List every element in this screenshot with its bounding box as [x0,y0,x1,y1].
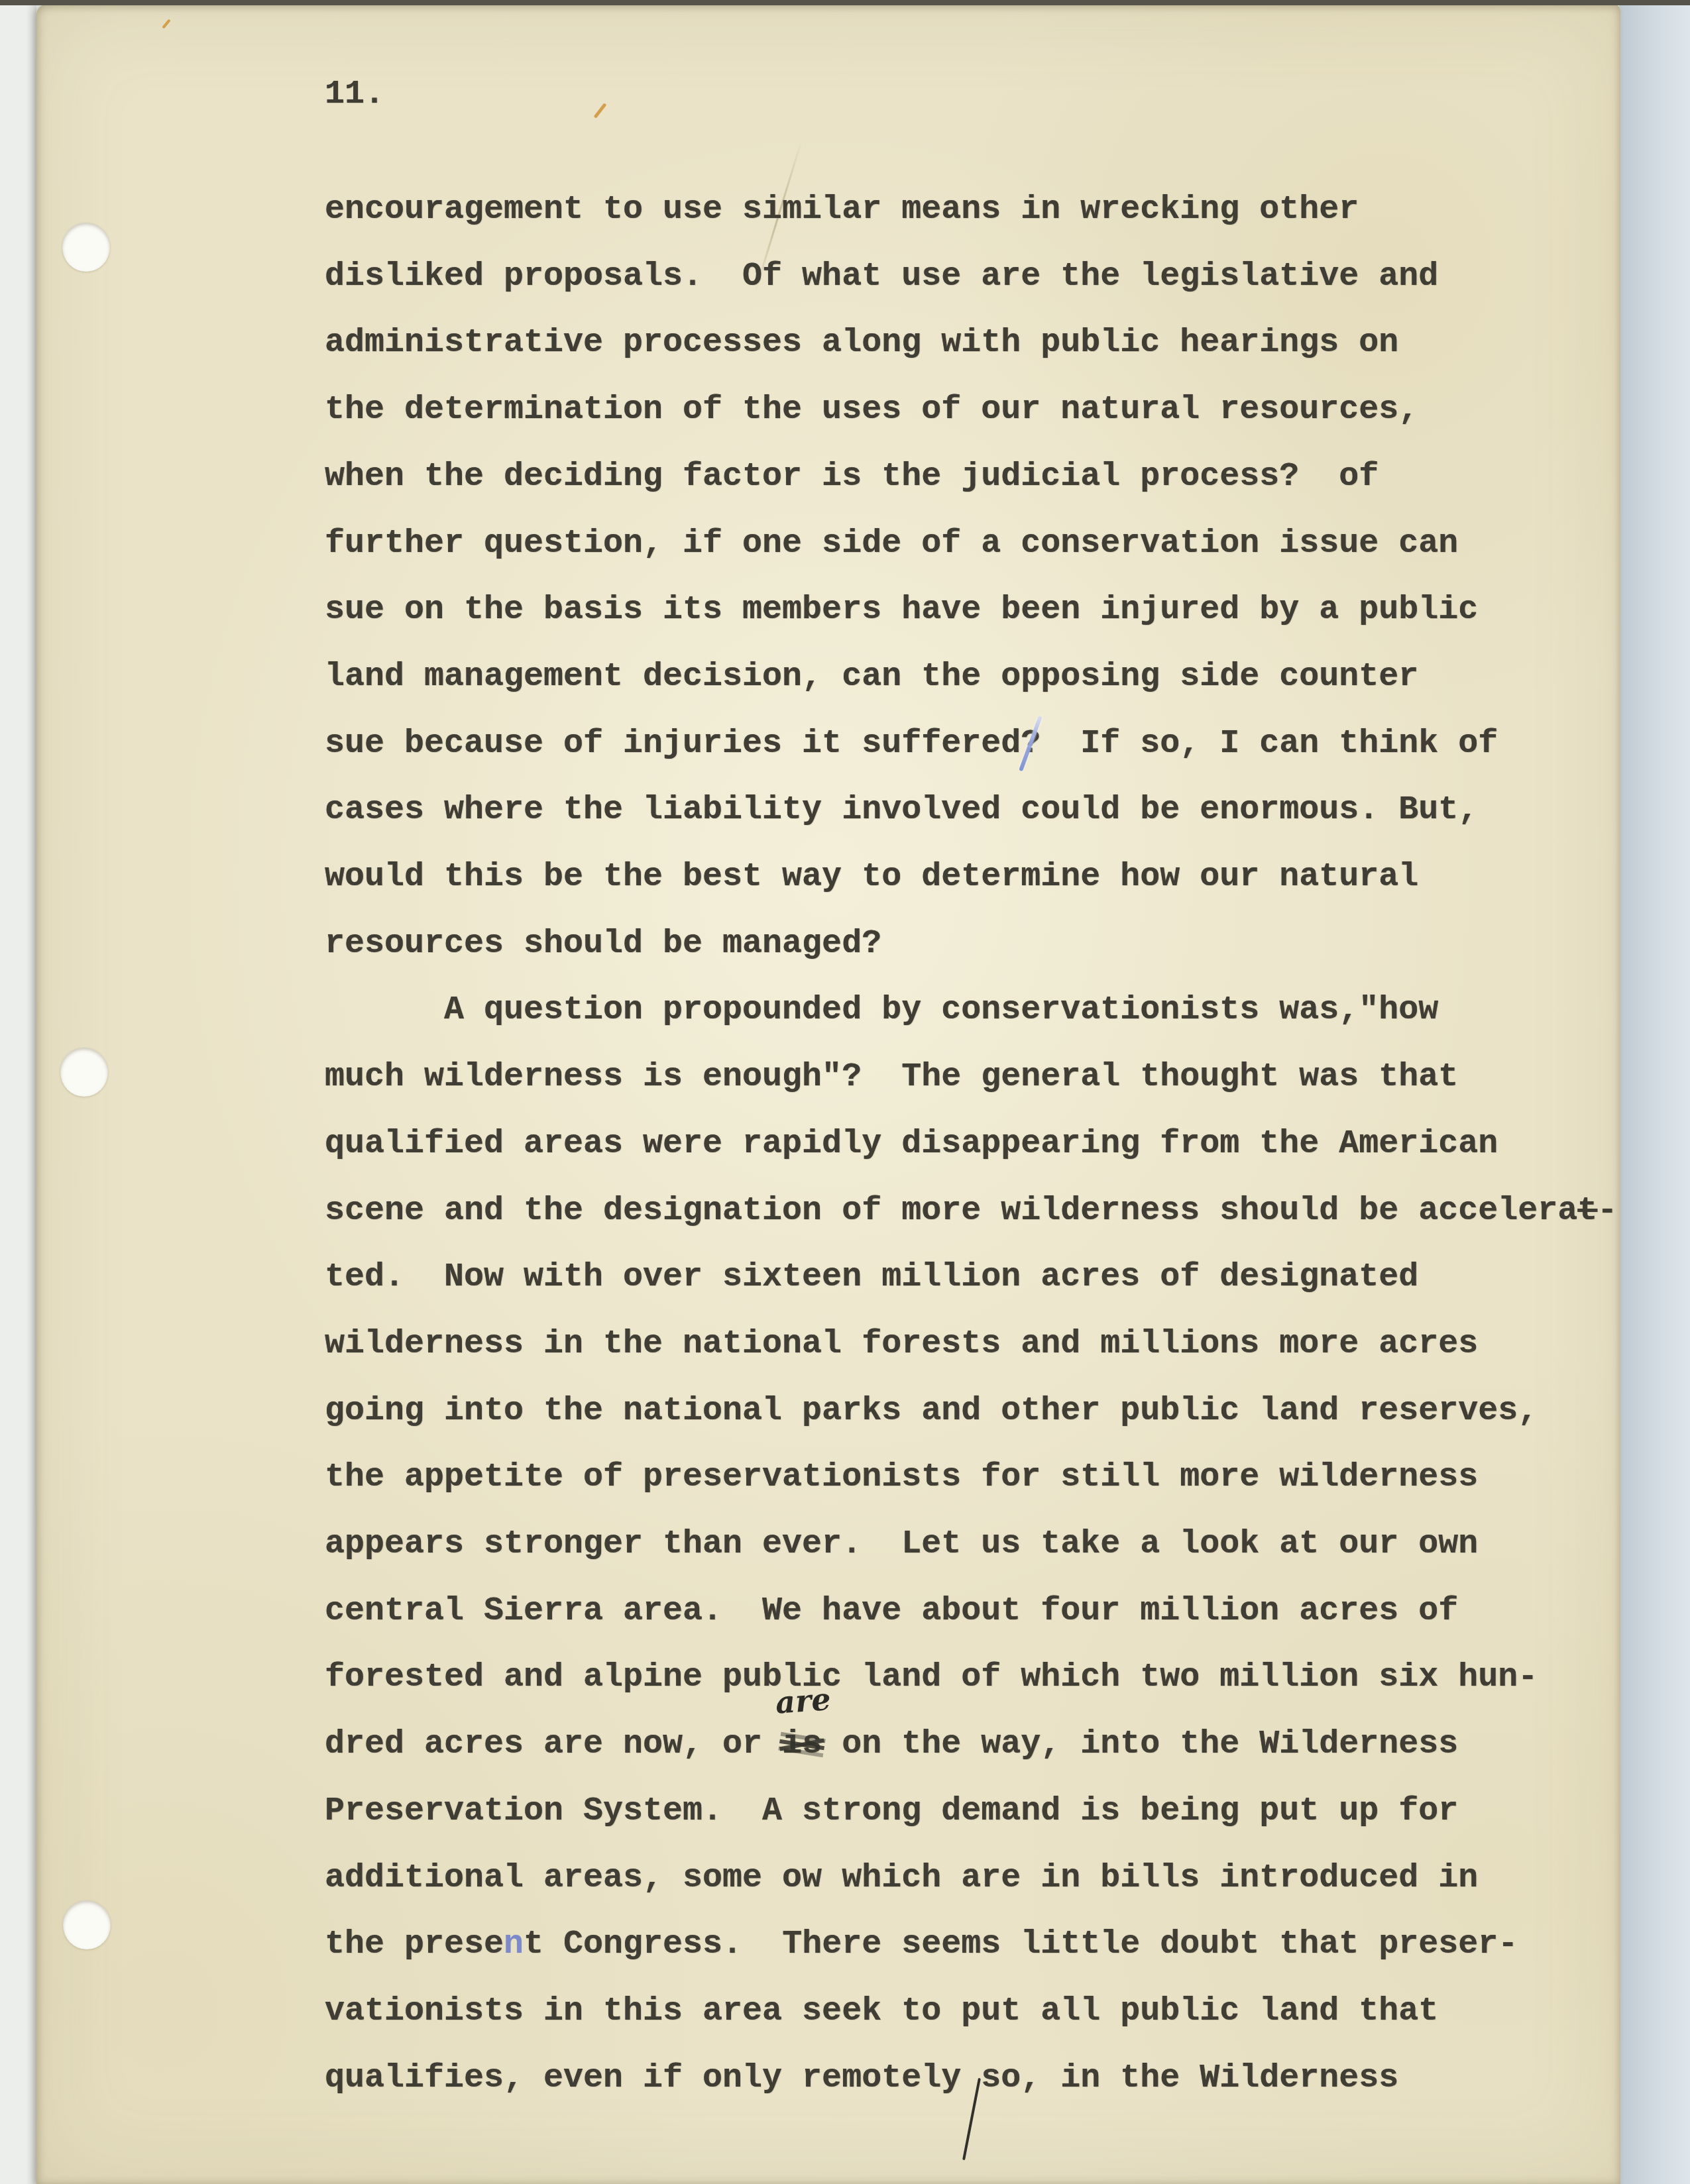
typed-segment: sue on the basis its members have been i… [325,591,1478,629]
typed-segment: further question, if one side of a conse… [325,525,1458,563]
typed-line: wilderness in the national forests and m… [325,1325,1478,1368]
handwritten-annotation: are [774,1681,832,1721]
typed-line: qualifies, even if only remotelyso, in t… [325,2059,1398,2102]
typed-segment-blue-slash: ? [1021,725,1041,763]
scanner-edge-top [0,0,1690,5]
typed-segment: qualified areas were rapidly disappearin… [325,1125,1498,1163]
typed-line: further question, if one side of a conse… [325,525,1458,567]
typed-line: going into the national parks and other … [325,1392,1538,1435]
typed-line: the appetite of preservationists for sti… [325,1458,1478,1501]
typed-line: A question propounded by conservationist… [325,991,1438,1034]
typed-segment: cases where the liability involved could… [325,791,1478,829]
typed-line: appears stronger than ever. Let us take … [325,1525,1478,1568]
typed-line: Preservation System. A strong demand is … [325,1792,1458,1835]
typed-line: additional areas, some ow which are in b… [325,1859,1478,1902]
typed-segment-blue-ink: n [504,1926,524,1963]
typed-segment-strike: t [1577,1192,1597,1230]
typed-segment: dred acres are now, or [325,1725,782,1763]
typed-segment-xed: isare [782,1725,822,1763]
typed-segment: forested and alpine public land of which… [325,1659,1538,1696]
typed-line: sue on the basis its members have been i… [325,591,1478,633]
typed-line: scene and the designation of more wilder… [325,1192,1617,1234]
punch-hole-bottom [63,1900,111,1949]
typed-line: land management decision, can the opposi… [325,658,1418,700]
typed-line: sue because of injuries it suffered? If … [325,725,1498,767]
typed-line: ted. Now with over sixteen million acres… [325,1258,1418,1301]
scanner-background-left [0,0,36,2184]
typed-segment: additional areas, some ow which are in b… [325,1859,1478,1897]
paper-speck [162,19,170,29]
typed-segment: sue because of injuries it suffered [325,725,1021,763]
typed-segment: the prese [325,1926,504,1963]
typed-segment: qualifies, even if only remotely [325,2059,961,2097]
scanner-background-right [1619,0,1690,2184]
typed-segment: scene and the designation of more wilder… [325,1192,1577,1230]
typed-segment: appears stronger than ever. Let us take … [325,1525,1478,1563]
page-number: 11. [325,76,384,113]
typed-segment: going into the national parks and other … [325,1392,1538,1430]
typed-segment: central Sierra area. We have about four … [325,1592,1458,1630]
typed-line: would this be the best way to determine … [325,858,1418,901]
typed-segment: when the deciding factor is the judicial… [325,458,1379,496]
typed-segment: encouragement to use similar means in wr… [325,191,1359,229]
typed-segment: vationists in this area seek to put all … [325,1993,1438,2030]
typed-segment: t Congress. There seems little doubt tha… [524,1926,1518,1963]
typed-segment: - [1597,1192,1617,1230]
typed-line: cases where the liability involved could… [325,791,1478,834]
typed-segment: land management decision, can the opposi… [325,658,1418,696]
typed-segment: so, in the Wilderness [981,2059,1398,2097]
typed-segment: A question propounded by conservationist… [325,991,1438,1029]
typed-line: qualified areas were rapidly disappearin… [325,1125,1498,1168]
typed-body: encouragement to use similar means in wr… [325,191,1624,2139]
typed-line: vationists in this area seek to put all … [325,1993,1438,2035]
typed-segment: ted. Now with over sixteen million acres… [325,1258,1418,1296]
typed-segment: resources should be managed? [325,925,881,963]
scanned-document-screenshot: { "page": { "number": "11.", "kind": "ty… [0,0,1690,2184]
typed-line: forested and alpine public land of which… [325,1659,1538,1701]
typed-line: resources should be managed? [325,925,881,967]
typed-line: much wilderness is enough"? The general … [325,1058,1458,1101]
typed-line: dred acres are now, or isare on the way,… [325,1725,1458,1768]
punch-hole-middle [60,1048,108,1097]
punch-hole-top [62,223,110,272]
typed-line: the determination of the uses of our nat… [325,391,1418,433]
typed-segment: the appetite of preservationists for sti… [325,1458,1478,1496]
typed-segment: would this be the best way to determine … [325,858,1418,896]
typed-line: when the deciding factor is the judicial… [325,458,1379,500]
typed-line: disliked proposals. Of what use are the … [325,258,1438,300]
typed-segment: Preservation System. A strong demand is … [325,1792,1458,1830]
typed-segment: on the way, into the Wilderness [822,1725,1458,1763]
typed-segment: disliked proposals. Of what use are the … [325,258,1438,296]
paper-sheet: 11. encouragement to use similar means i… [36,4,1620,2184]
typed-segment: If so, I can think of [1041,725,1498,763]
typed-line: encouragement to use similar means in wr… [325,191,1359,233]
typed-segment: much wilderness is enough"? The general … [325,1058,1458,1096]
typed-segment: administrative processes along with publ… [325,324,1398,362]
paper-speck [594,103,607,119]
typed-segment: wilderness in the national forests and m… [325,1325,1478,1363]
typed-line: administrative processes along with publ… [325,324,1398,366]
typed-line: the present Congress. There seems little… [325,1926,1518,1968]
typed-line: central Sierra area. We have about four … [325,1592,1458,1635]
typed-segment: the determination of the uses of our nat… [325,391,1418,429]
